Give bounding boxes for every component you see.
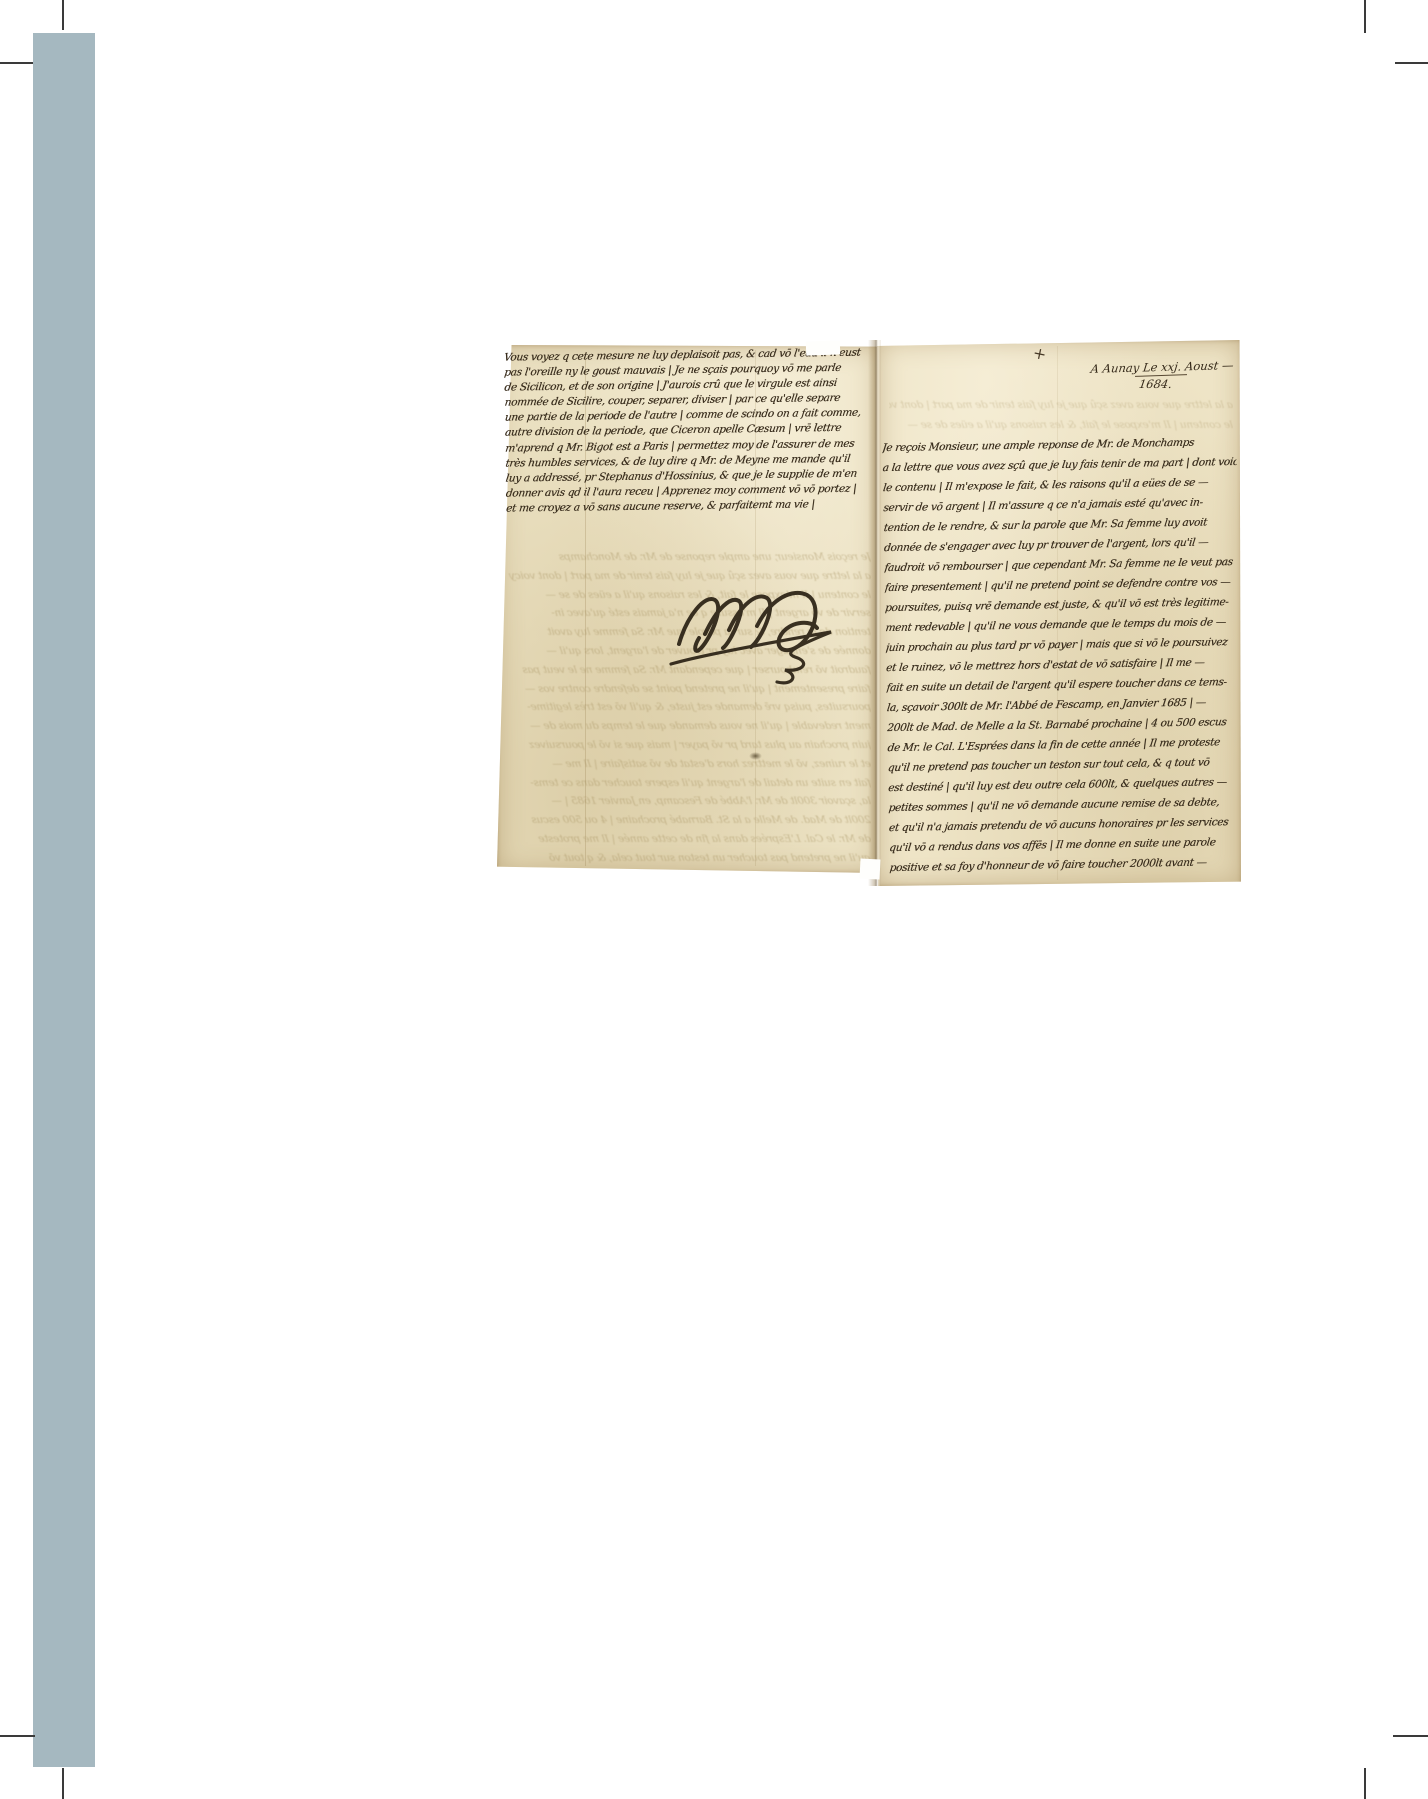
bleed-line: la, sçavoir 300lt de Mr. l'Abbé de Fesca… — [503, 792, 871, 811]
bleed-line: et le ruinez, vō le mettrez hors d'estat… — [503, 755, 871, 774]
crop-mark-top-right-horizontal — [1395, 62, 1428, 64]
letter-photograph: Je reçois Monsieur, une ample reponse de… — [497, 338, 1241, 887]
crop-mark-bottom-right-vertical — [1364, 1768, 1366, 1799]
bleed-line: poursuites, puisq vrē demande est juste,… — [503, 698, 871, 717]
paper-tear-notch-top — [806, 340, 840, 355]
ink-smudge — [749, 752, 762, 760]
left-page-text: Vous voyez q cete mesure ne luy deplaiso… — [504, 345, 878, 522]
crop-mark-top-right-vertical — [1364, 0, 1366, 33]
right-page-text: Je reçois Monsieur, une ample reponse de… — [882, 432, 1241, 886]
bleed-line: 200lt de Mad. de Melle a la St. Barnabé … — [503, 811, 871, 830]
bleed-line: a la lettre que vous avez sçû que je luy… — [889, 395, 1233, 415]
ink-bleed-through-text: a la lettre que vous avez sçû que je luy… — [889, 395, 1233, 435]
bleed-line: fait en suite un detail de l'argent qu'i… — [503, 774, 871, 793]
bleed-line: qu'il ne pretend pas toucher un teston s… — [503, 849, 871, 868]
paper-tear-notch-bottom — [859, 858, 880, 879]
signature-flourish-icon — [665, 568, 855, 688]
crop-mark-bottom-left-horizontal — [0, 1735, 35, 1737]
crop-mark-bottom-left-vertical — [62, 1768, 64, 1799]
bleed-line: Je reçois Monsieur, une ample reponse de… — [503, 548, 871, 567]
bleed-line: ment redevable | qu'il ne vous demande q… — [503, 717, 871, 736]
bleed-line: de Mr. le Cal. L'Esprées dans la fin de … — [503, 830, 871, 849]
bleed-line: juin prochain au plus tard pr vō payer |… — [503, 736, 871, 755]
letter-date-year: 1684. — [1138, 377, 1173, 391]
page-fold-shadow — [868, 340, 881, 886]
left-margin-bar — [33, 33, 95, 1767]
crop-mark-top-left-vertical — [62, 0, 64, 30]
crop-mark-top-left-horizontal — [0, 62, 33, 64]
crop-mark-bottom-right-horizontal — [1393, 1735, 1428, 1737]
page-canvas: Je reçois Monsieur, une ample reponse de… — [0, 0, 1428, 1799]
